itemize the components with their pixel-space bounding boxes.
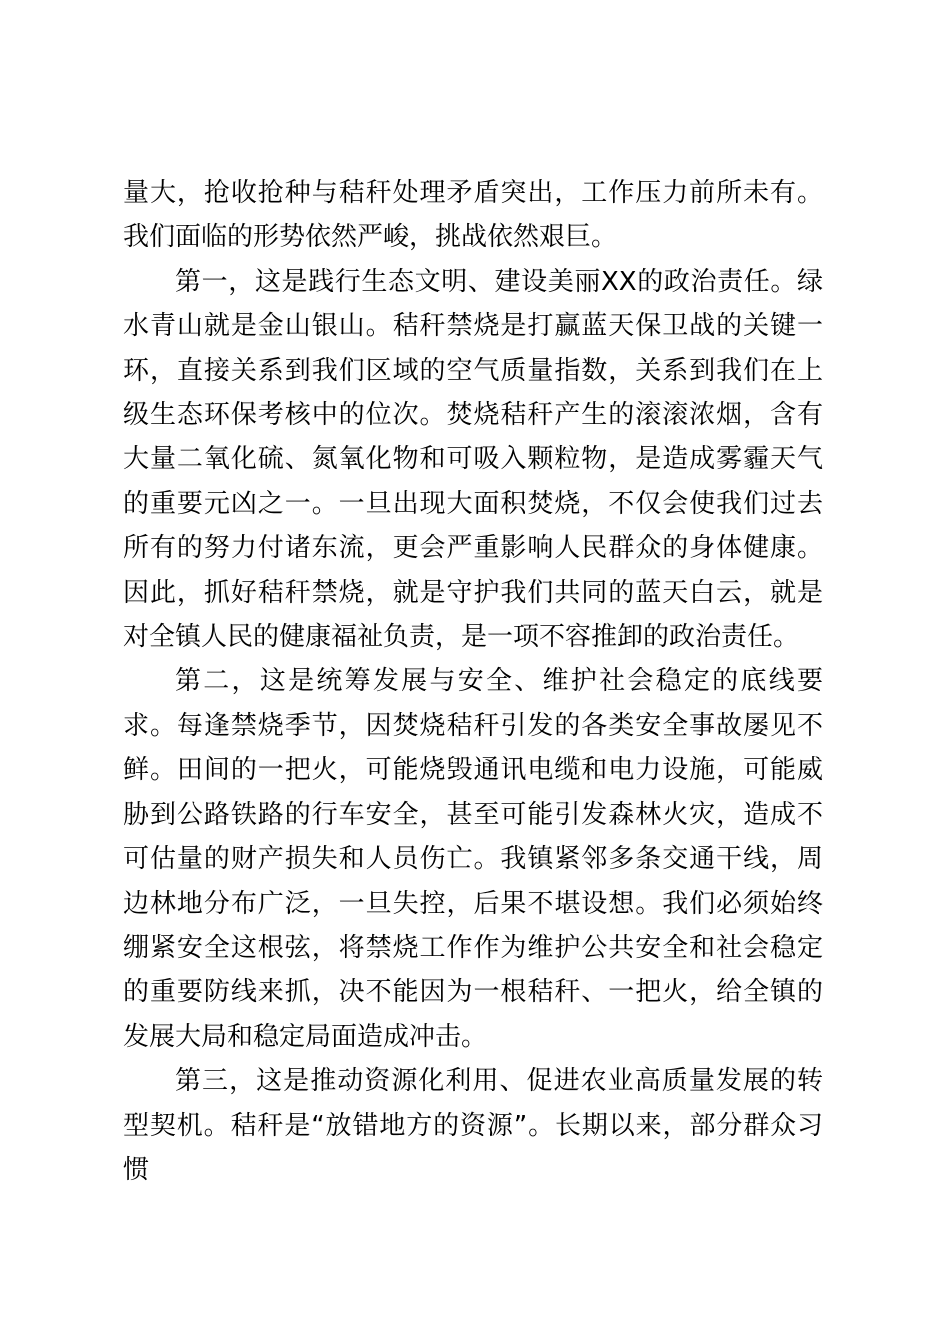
document-page: 量大，抢收抢种与秸秆处理矛盾突出，工作压力前所未有。我们面临的形势依然严峻，挑战… <box>0 0 950 1344</box>
document-text-block: 量大，抢收抢种与秸秆处理矛盾突出，工作压力前所未有。我们面临的形势依然严峻，挑战… <box>123 171 823 1192</box>
paragraph-continuation: 量大，抢收抢种与秸秆处理矛盾突出，工作压力前所未有。我们面临的形势依然严峻，挑战… <box>123 171 823 260</box>
paragraph-point-three: 第三，这是推动资源化利用、促进农业高质量发展的转型契机。秸秆是“放错地方的资源”… <box>123 1059 823 1192</box>
paragraph-point-one: 第一，这是践行生态文明、建设美丽XX的政治责任。绿水青山就是金山银山。秸秆禁烧是… <box>123 260 823 660</box>
paragraph-point-two: 第二，这是统筹发展与安全、维护社会稳定的底线要求。每逢禁烧季节，因焚烧秸秆引发的… <box>123 659 823 1059</box>
